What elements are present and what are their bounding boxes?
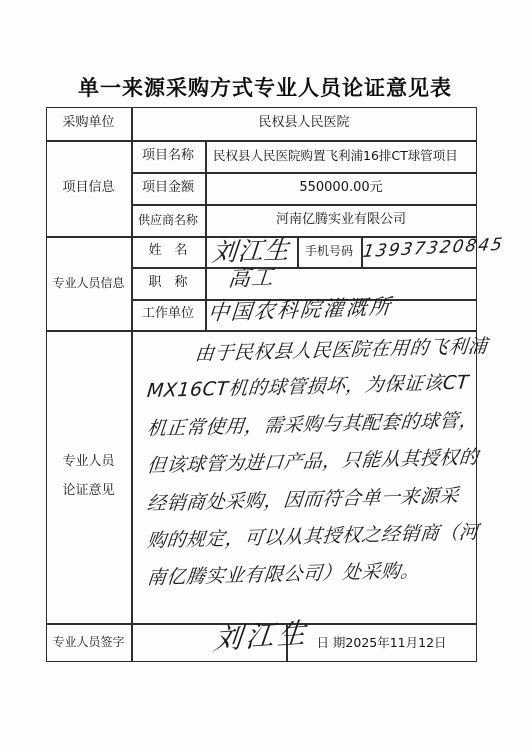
opinion-label: 专业人员 论证意见 (46, 330, 131, 623)
expert-info-label: 专业人员信息 (46, 236, 131, 330)
date-value: 日 期2025年11月12日 (286, 623, 477, 662)
page-title: 单一来源采购方式专业人员论证意见表 (0, 72, 530, 102)
scanned-form-page: 单一来源采购方式专业人员论证意见表 采购单位 民权县人民医院 项目信息 项目名称… (0, 0, 530, 750)
purchasing-unit-label: 采购单位 (46, 107, 131, 140)
project-info-label: 项目信息 (46, 140, 131, 236)
project-amount-label: 项目金额 (131, 172, 205, 204)
phone-handwriting: 13937320845 (362, 237, 506, 262)
work-unit-label: 工作单位 (131, 299, 205, 330)
job-title-handwriting: 高工 (227, 267, 275, 291)
opinion-label-line2: 论证意见 (62, 483, 114, 499)
job-title-label: 职 称 (131, 267, 205, 299)
project-name-value: 民权县人民医院购置飞利浦16排CT球管项目 (205, 140, 477, 172)
supplier-label: 供应商名称 (131, 204, 205, 236)
project-amount-value: 550000.00元 (205, 172, 477, 204)
opinion-label-line1: 专业人员 (62, 454, 114, 470)
expert-name-label: 姓 名 (131, 236, 205, 267)
purchasing-unit-value: 民权县人民医院 (131, 107, 477, 140)
signature-label: 专业人员签字 (46, 623, 131, 662)
phone-label: 手机号码 (297, 236, 361, 267)
supplier-value: 河南亿腾实业有限公司 (205, 204, 477, 236)
project-name-label: 项目名称 (131, 140, 205, 172)
expert-name-handwriting: 刘江生 (211, 237, 291, 265)
